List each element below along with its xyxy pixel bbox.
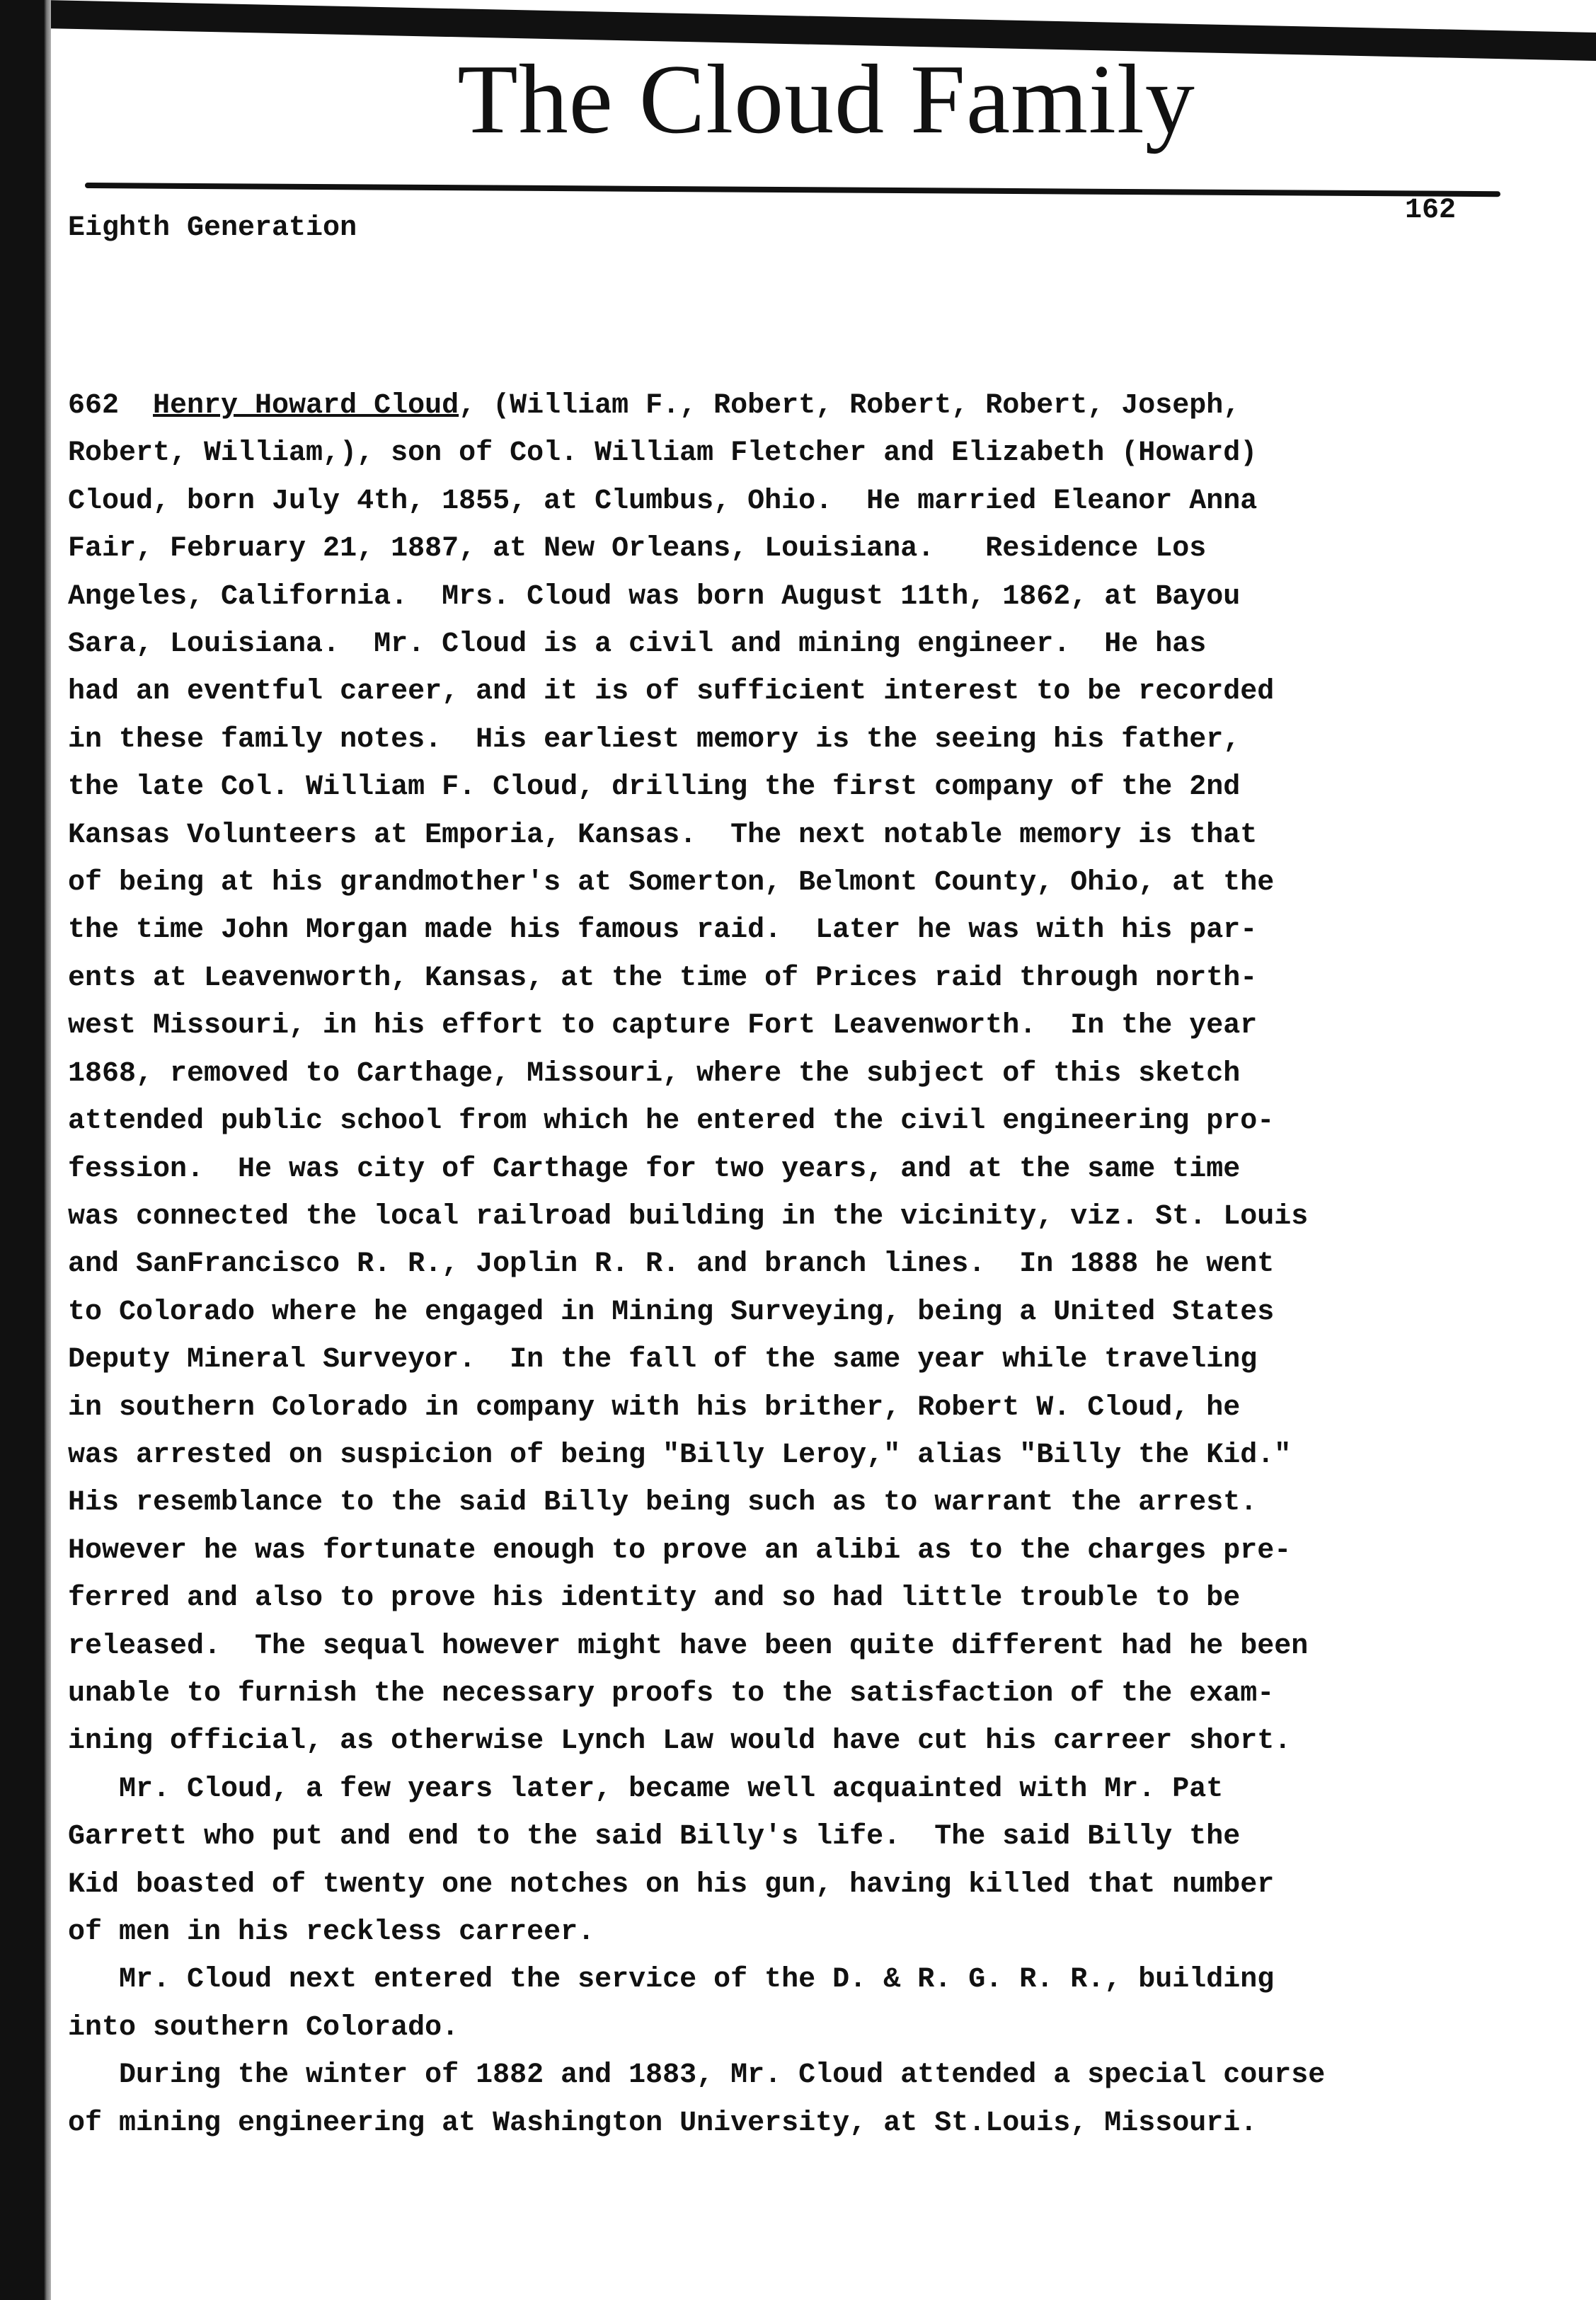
- page-title: The Cloud Family: [0, 42, 1596, 156]
- entry-name: Henry Howard Cloud: [153, 390, 459, 422]
- entry-line: Kid boasted of twenty one notches on his…: [68, 1861, 1540, 1909]
- scan-border-left: [0, 0, 51, 2300]
- entry-line: released. The sequal however might have …: [68, 1623, 1540, 1670]
- entry-lines: Robert, William,), son of Col. William F…: [68, 430, 1540, 2147]
- entry-line: of being at his grandmother's at Somerto…: [68, 859, 1540, 907]
- entry-line: ferred and also to prove his identity an…: [68, 1575, 1540, 1622]
- page-number: 162: [1405, 195, 1456, 226]
- entry-line: into southern Colorado.: [68, 2004, 1540, 2052]
- entry-line: Angeles, California. Mrs. Cloud was born…: [68, 573, 1540, 621]
- entry-line: in these family notes. His earliest memo…: [68, 716, 1540, 764]
- entry-line: unable to furnish the necessary proofs t…: [68, 1670, 1540, 1718]
- entry-line: had an eventful career, and it is of suf…: [68, 668, 1540, 715]
- entry-line: Cloud, born July 4th, 1855, at Clumbus, …: [68, 478, 1540, 525]
- entry-line: attended public school from which he ent…: [68, 1098, 1540, 1145]
- entry-line: the late Col. William F. Cloud, drilling…: [68, 764, 1540, 811]
- entry-line: of men in his reckless carreer.: [68, 1909, 1540, 1956]
- entry-line: ents at Leavenworth, Kansas, at the time…: [68, 955, 1540, 1002]
- entry-line: Mr. Cloud, a few years later, became wel…: [68, 1766, 1540, 1813]
- entry-line: Deputy Mineral Surveyor. In the fall of …: [68, 1336, 1540, 1384]
- entry-line: the time John Morgan made his famous rai…: [68, 907, 1540, 954]
- entry-body: 662 Henry Howard Cloud, (William F., Rob…: [68, 382, 1540, 2147]
- entry-line: During the winter of 1882 and 1883, Mr. …: [68, 2052, 1540, 2099]
- entry-line: in southern Colorado in company with his…: [68, 1384, 1540, 1432]
- entry-line: Mr. Cloud next entered the service of th…: [68, 1956, 1540, 2003]
- entry-line: was connected the local railroad buildin…: [68, 1193, 1540, 1241]
- entry-line: Sara, Louisiana. Mr. Cloud is a civil an…: [68, 621, 1540, 668]
- entry-line: Kansas Volunteers at Emporia, Kansas. Th…: [68, 812, 1540, 859]
- entry-line: His resemblance to the said Billy being …: [68, 1479, 1540, 1526]
- entry-line: Garrett who put and end to the said Bill…: [68, 1813, 1540, 1861]
- entry-line: west Missouri, in his effort to capture …: [68, 1002, 1540, 1050]
- entry-line: and SanFrancisco R. R., Joplin R. R. and…: [68, 1241, 1540, 1288]
- entry-line: 1868, removed to Carthage, Missouri, whe…: [68, 1050, 1540, 1098]
- entry-first-line: 662 Henry Howard Cloud, (William F., Rob…: [68, 382, 1540, 430]
- section-header: Eighth Generation: [68, 212, 357, 244]
- entry-line: Robert, William,), son of Col. William F…: [68, 430, 1540, 477]
- entry-line: Fair, February 21, 1887, at New Orleans,…: [68, 525, 1540, 573]
- entry-line: was arrested on suspicion of being "Bill…: [68, 1432, 1540, 1479]
- entry-number: 662: [68, 390, 119, 422]
- entry-line: of mining engineering at Washington Univ…: [68, 2100, 1540, 2147]
- entry-line: fession. He was city of Carthage for two…: [68, 1146, 1540, 1193]
- entry-line: to Colorado where he engaged in Mining S…: [68, 1289, 1540, 1336]
- entry-line: ining official, as otherwise Lynch Law w…: [68, 1718, 1540, 1765]
- entry-line: However he was fortunate enough to prove…: [68, 1527, 1540, 1575]
- entry-line-0: , (William F., Robert, Robert, Robert, J…: [459, 390, 1240, 422]
- title-rule: [85, 183, 1500, 197]
